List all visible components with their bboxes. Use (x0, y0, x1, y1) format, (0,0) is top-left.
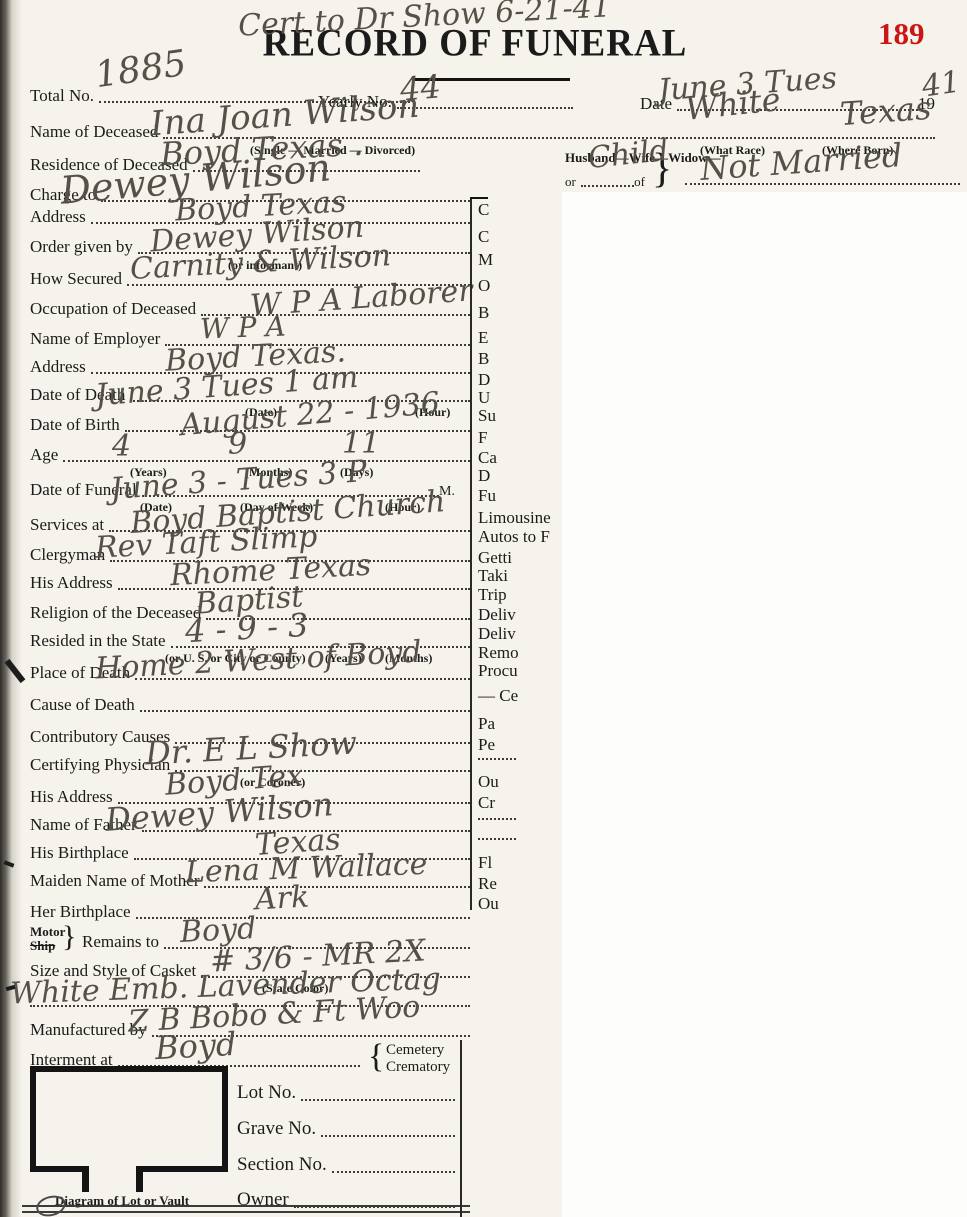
field-label: Total No. (30, 86, 94, 106)
charges-item: O (478, 276, 490, 296)
covering-sheet (562, 192, 967, 1217)
diagram-bottom-left (30, 1166, 88, 1172)
lot-diagram-box (30, 1066, 228, 1172)
charges-item: Limousine (478, 508, 551, 528)
charges-item: B (478, 349, 489, 369)
charges-item: Remo (478, 643, 519, 663)
crematory-label: Crematory (386, 1059, 450, 1076)
charges-item: Ca (478, 448, 497, 468)
dotted-line (321, 1135, 455, 1137)
charges-item: E (478, 328, 488, 348)
field-owner: Owner (237, 1189, 455, 1211)
field-label: Occupation of Deceased (30, 299, 196, 319)
charges-item: Ou (478, 772, 499, 792)
charges-item: Procu (478, 661, 518, 681)
dotted-line (397, 107, 573, 109)
charges-item: B (478, 303, 489, 323)
charges-item: Cr (478, 793, 495, 813)
charges-item: — Ce (478, 686, 518, 706)
next-record-edge (22, 1205, 470, 1207)
relation-of: of (634, 174, 645, 190)
diagram-leg-right (136, 1166, 143, 1192)
charges-item: Deliv (478, 624, 516, 644)
cemetery-crematory-stack: Cemetery Crematory (386, 1042, 450, 1075)
charges-item: Pe (478, 735, 495, 755)
diagram-bottom-right (136, 1166, 222, 1172)
charges-item: F (478, 428, 487, 448)
field-label: Remains to (82, 932, 159, 952)
motor-label: Motor (30, 925, 65, 939)
field-label: Date of Birth (30, 415, 120, 435)
bottom-column-rule (460, 1040, 462, 1217)
charges-item: Trip (478, 585, 507, 605)
motor-ship-brace: } (62, 922, 76, 952)
field-label: Name of Deceased (30, 122, 158, 142)
field-lot-no: Lot No. (237, 1082, 455, 1104)
age-years-value: 4 (112, 432, 131, 462)
dotted-fragment (478, 818, 516, 820)
ship-label-struck: Ship (30, 939, 65, 953)
diagram-leg-left (82, 1166, 89, 1192)
ink-mark (4, 860, 15, 867)
ink-mark (5, 659, 26, 683)
dotted-fragment (478, 838, 516, 840)
field-cause-of-death: Cause of Death (30, 693, 470, 715)
field-label: Order given by (30, 237, 133, 257)
column-rule-top-stub (470, 197, 488, 199)
next-record-edge (22, 1211, 470, 1213)
her-birthplace-value: Ark (254, 883, 310, 916)
charges-item: Pa (478, 714, 495, 734)
dotted-line (581, 185, 634, 187)
charges-item: Taki (478, 566, 508, 586)
charges-item: M (478, 250, 493, 270)
field-label: Services at (30, 515, 104, 535)
charges-item: Ou (478, 894, 499, 914)
dotted-line (332, 1171, 455, 1173)
born-value: Texas (839, 92, 932, 130)
field-section-no: Section No. (237, 1154, 455, 1176)
field-label: His Address (30, 573, 113, 593)
field-label: Lot No. (237, 1082, 296, 1104)
cemetery-label: Cemetery (386, 1042, 450, 1059)
charges-item: Re (478, 874, 497, 894)
field-label: Religion of the Deceased (30, 603, 201, 623)
charges-item: U (478, 388, 490, 408)
field-label: Owner (237, 1189, 289, 1211)
field-label: Grave No. (237, 1118, 316, 1140)
motor-ship-stack: Motor Ship (30, 925, 65, 954)
field-label: Name of Employer (30, 329, 160, 349)
charges-item: D (478, 466, 490, 486)
field-label: Her Birthplace (30, 902, 131, 922)
relation-or: or (565, 174, 576, 190)
field-grave-no: Grave No. (237, 1118, 455, 1140)
cemetery-brace: { (368, 1040, 384, 1074)
race-value: White (684, 83, 782, 125)
field-label: His Birthplace (30, 843, 129, 863)
field-label: Clergyman (30, 545, 105, 565)
field-label: Age (30, 445, 58, 465)
charges-item: Fl (478, 853, 492, 873)
column-rule (470, 197, 472, 910)
charges-item: Fu (478, 486, 496, 506)
charges-item: Su (478, 406, 496, 426)
relation-written-value: Child (587, 136, 670, 174)
field-label: Section No. (237, 1154, 327, 1176)
charges-item: C (478, 227, 489, 247)
charges-item: D (478, 370, 490, 390)
interment-at-value: Boyd (154, 1028, 237, 1064)
field-label: How Secured (30, 269, 122, 289)
charges-item: Autos to F (478, 527, 550, 547)
dotted-line (301, 1099, 455, 1101)
age-months-value: 9 (228, 430, 247, 460)
page-number: 189 (878, 16, 925, 52)
field-label: Maiden Name of Mother (30, 871, 199, 891)
dotted-fragment (478, 758, 516, 760)
field-label: His Address (30, 787, 113, 807)
charges-item: Getti (478, 548, 512, 568)
charges-item: C (478, 200, 489, 220)
field-label: Cause of Death (30, 695, 135, 715)
record-of-funeral-form: Cert to Dr Show 6-21-41 RECORD OF FUNERA… (0, 0, 967, 1217)
charges-item: Deliv (478, 605, 516, 625)
field-label: Address (30, 357, 86, 377)
dotted-line (140, 710, 470, 712)
